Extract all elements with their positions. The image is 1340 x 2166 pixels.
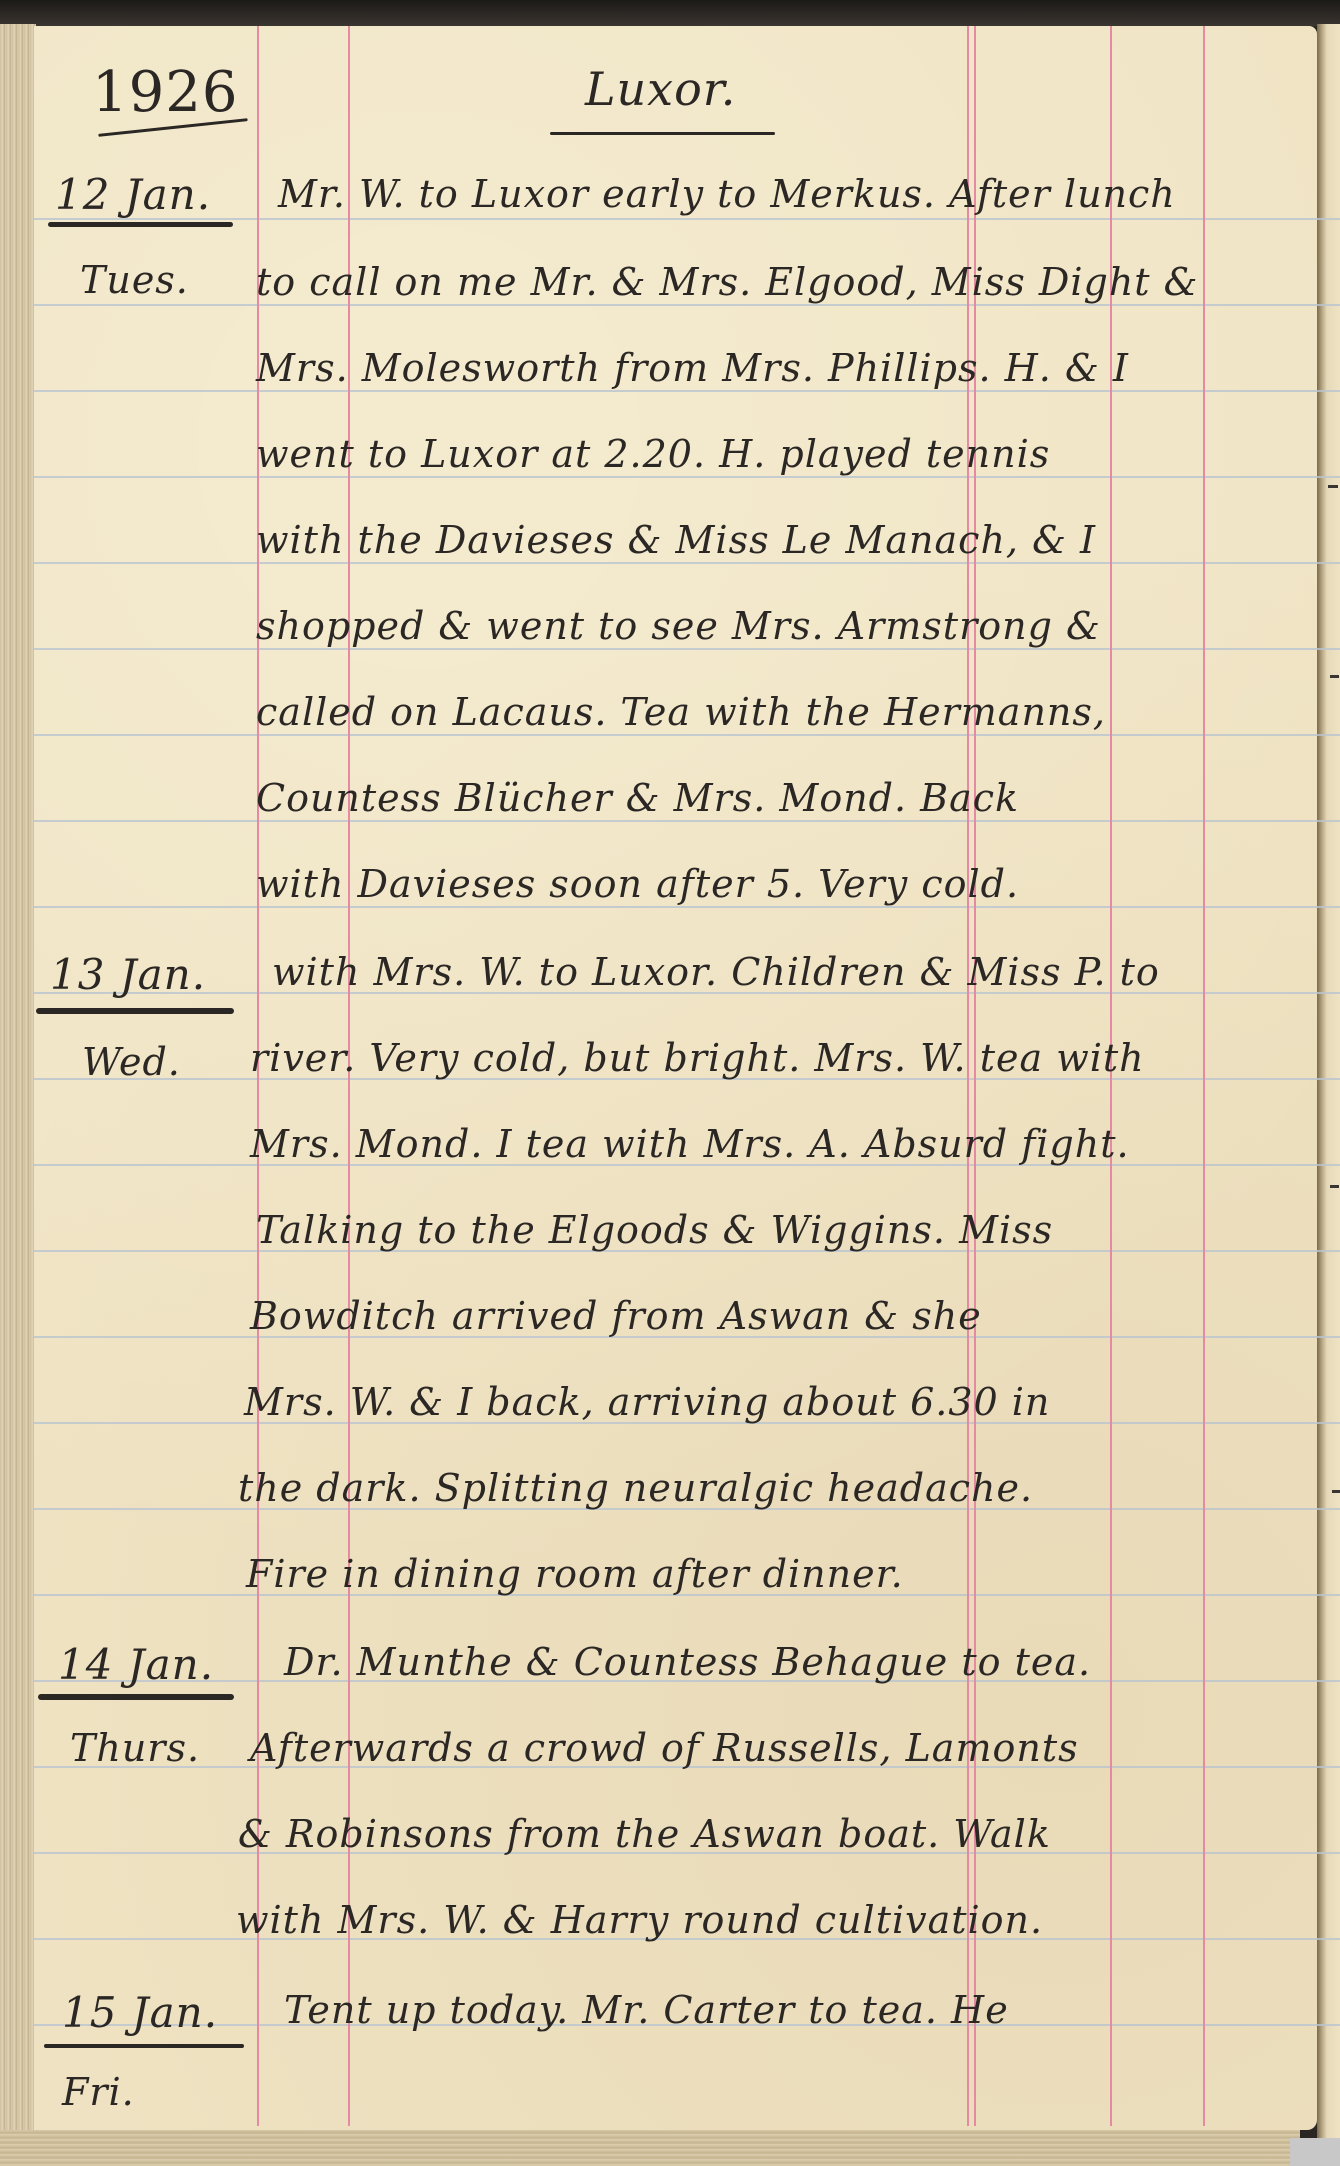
entry-line: Bowditch arrived from Aswan & she (250, 1294, 982, 1338)
entry-line: with the Davieses & Miss Le Manach, & I (256, 518, 1096, 562)
entry-line: with Mrs. W. to Luxor. Children & Miss P… (272, 950, 1160, 994)
ruled-line (34, 562, 1340, 564)
location-underline (550, 132, 775, 135)
entry-line: with Mrs. W. & Harry round cultivation. (236, 1898, 1043, 1942)
ruled-line (34, 390, 1340, 392)
entry-line: Fire in dining room after dinner. (246, 1552, 904, 1596)
margin-line (1203, 26, 1205, 2126)
facing-page-ink-mark (1332, 1490, 1340, 1493)
entry-weekday: Fri. (62, 2070, 135, 2114)
ruled-line (34, 476, 1340, 478)
next-page-edge (1317, 24, 1340, 2138)
entry-line: with Davieses soon after 5. Very cold. (256, 862, 1019, 906)
ruled-line (34, 648, 1340, 650)
date-underline (48, 222, 233, 227)
entry-line: went to Luxor at 2.20. H. played tennis (256, 432, 1050, 476)
entry-line: shopped & went to see Mrs. Armstrong & (256, 604, 1101, 648)
entry-date: 13 Jan. (50, 950, 206, 999)
entry-line: Talking to the Elgoods & Wiggins. Miss (256, 1208, 1053, 1252)
entry-line: the dark. Splitting neuralgic headache. (238, 1466, 1033, 1510)
date-underline (36, 1008, 234, 1014)
entry-line: & Robinsons from the Aswan boat. Walk (238, 1812, 1051, 1856)
date-underline (44, 2044, 244, 2048)
entry-weekday: Thurs. (70, 1726, 200, 1770)
scan-top-shadow (0, 0, 1340, 26)
entry-line: river. Very cold, but bright. Mrs. W. te… (250, 1036, 1145, 1080)
ruled-line (34, 906, 1340, 908)
date-underline (38, 1694, 234, 1700)
page-stack-bottom-edge (0, 2130, 1300, 2166)
entry-line: Afterwards a crowd of Russells, Lamonts (250, 1726, 1079, 1770)
entry-line: Tent up today. Mr. Carter to tea. He (284, 1988, 1009, 2032)
entry-line: Dr. Munthe & Countess Behague to tea. (284, 1640, 1091, 1684)
ruled-line (34, 734, 1340, 736)
entry-line: Mrs. W. & I back, arriving about 6.30 in (244, 1380, 1050, 1424)
entry-date: 15 Jan. (62, 1988, 218, 2037)
entry-line: to call on me Mr. & Mrs. Elgood, Miss Di… (256, 260, 1198, 304)
entry-date: 12 Jan. (55, 170, 211, 219)
facing-page-ink-mark (1330, 675, 1339, 678)
entry-line: Mrs. Mond. I tea with Mrs. A. Absurd fig… (250, 1122, 1130, 1166)
year-heading: 1926 (92, 60, 239, 125)
entry-line: called on Lacaus. Tea with the Hermanns, (256, 690, 1106, 734)
location-heading: Luxor. (585, 62, 736, 116)
ruled-line (34, 820, 1340, 822)
ruled-line (34, 218, 1340, 220)
page-stack-left-edge (0, 24, 36, 2154)
entry-weekday: Wed. (82, 1040, 181, 1084)
entry-line: Countess Blücher & Mrs. Mond. Back (256, 776, 1019, 820)
entry-date: 14 Jan. (58, 1640, 214, 1689)
facing-page-ink-mark (1330, 1185, 1339, 1188)
scan-background (1290, 2138, 1340, 2166)
facing-page-ink-mark (1328, 485, 1338, 488)
entry-line: Mrs. Molesworth from Mrs. Phillips. H. &… (256, 346, 1129, 390)
entry-weekday: Tues. (80, 258, 189, 302)
entry-line: Mr. W. to Luxor early to Merkus. After l… (278, 172, 1176, 216)
ruled-line (34, 304, 1340, 306)
